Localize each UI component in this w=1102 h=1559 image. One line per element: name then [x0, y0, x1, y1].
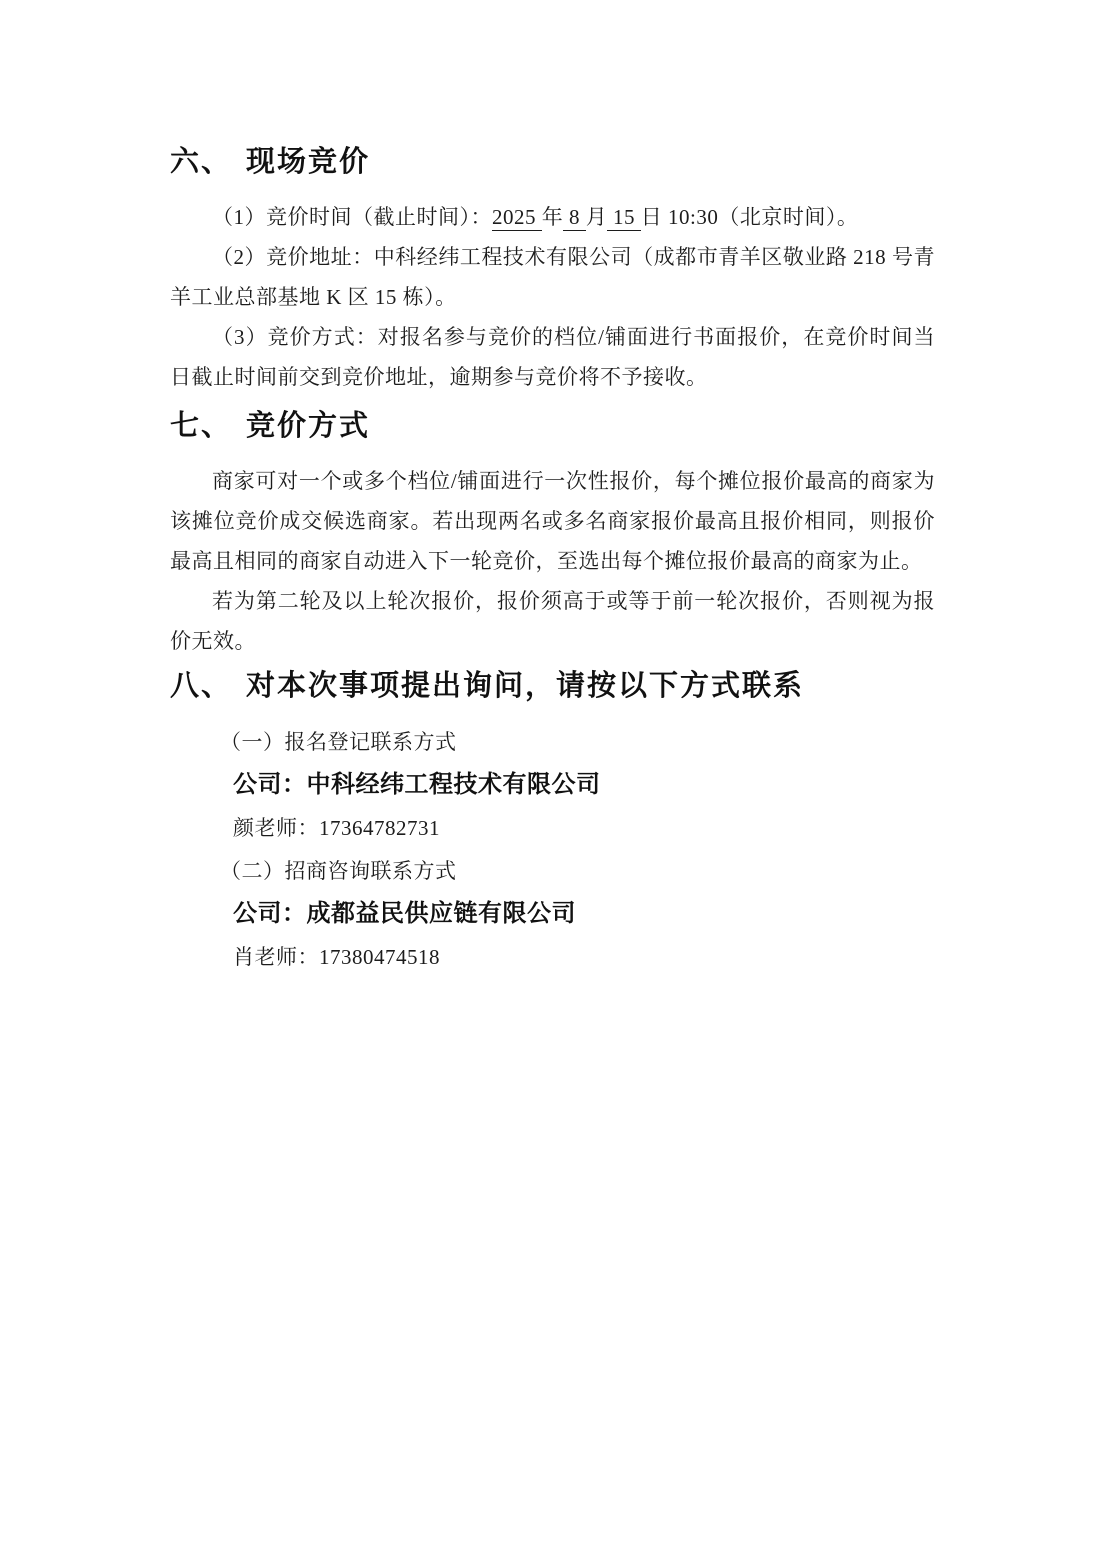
bidding-rule-paragraph-1: 商家可对一个或多个档位/铺面进行一次性报价，每个摊位报价最高的商家为该摊位竞价成…	[170, 461, 935, 581]
consulting-contact-label: （二）招商咨询联系方式	[170, 850, 935, 893]
section-eight-title: 对本次事项提出询问，请按以下方式联系	[246, 670, 804, 702]
bid-method-paragraph: （3）竞价方式：对报名参与竞价的档位/铺面进行书面报价，在竞价时间当日截止时间前…	[170, 317, 935, 397]
bidding-rule-paragraph-2: 若为第二轮及以上轮次报价，报价须高于或等于前一轮次报价，否则视为报价无效。	[170, 581, 935, 661]
section-eight-heading: 八、对本次事项提出询问，请按以下方式联系	[170, 667, 935, 705]
bid-year-label: 年	[542, 205, 564, 229]
section-seven-heading: 七、竞价方式	[170, 407, 935, 445]
section-eight-number: 八、	[170, 670, 232, 702]
section-six-heading: 六、现场竞价	[170, 143, 935, 181]
bid-time-paragraph: （1）竞价时间（截止时间）：2025 年 8 月 15 日 10:30（北京时间…	[170, 197, 935, 237]
consulting-company: 公司：成都益民供应链有限公司	[170, 893, 935, 936]
registration-contact-label: （一）报名登记联系方式	[170, 721, 935, 764]
section-seven-title: 竞价方式	[246, 410, 370, 442]
registration-person-phone: 颜老师：17364782731	[170, 807, 935, 850]
registration-company: 公司：中科经纬工程技术有限公司	[170, 764, 935, 807]
section-six-number: 六、	[170, 146, 232, 178]
bid-time-prefix: （1）竞价时间（截止时间）：	[212, 205, 492, 229]
section-seven-number: 七、	[170, 410, 232, 442]
contact-block: （一）报名登记联系方式 公司：中科经纬工程技术有限公司 颜老师：17364782…	[170, 721, 935, 979]
bid-year-value: 2025	[492, 205, 542, 231]
bid-address-paragraph: （2）竞价地址：中科经纬工程技术有限公司（成都市青羊区敬业路 218 号青羊工业…	[170, 237, 935, 317]
bid-time-suffix: 日 10:30（北京时间）。	[641, 205, 859, 229]
bid-day-value: 15	[607, 205, 641, 231]
bid-month-label: 月	[586, 205, 608, 229]
document-page: 六、现场竞价 （1）竞价时间（截止时间）：2025 年 8 月 15 日 10:…	[0, 0, 1102, 1559]
consulting-person-phone: 肖老师：17380474518	[170, 936, 935, 979]
bid-month-value: 8	[563, 205, 586, 231]
section-six-title: 现场竞价	[246, 146, 370, 178]
